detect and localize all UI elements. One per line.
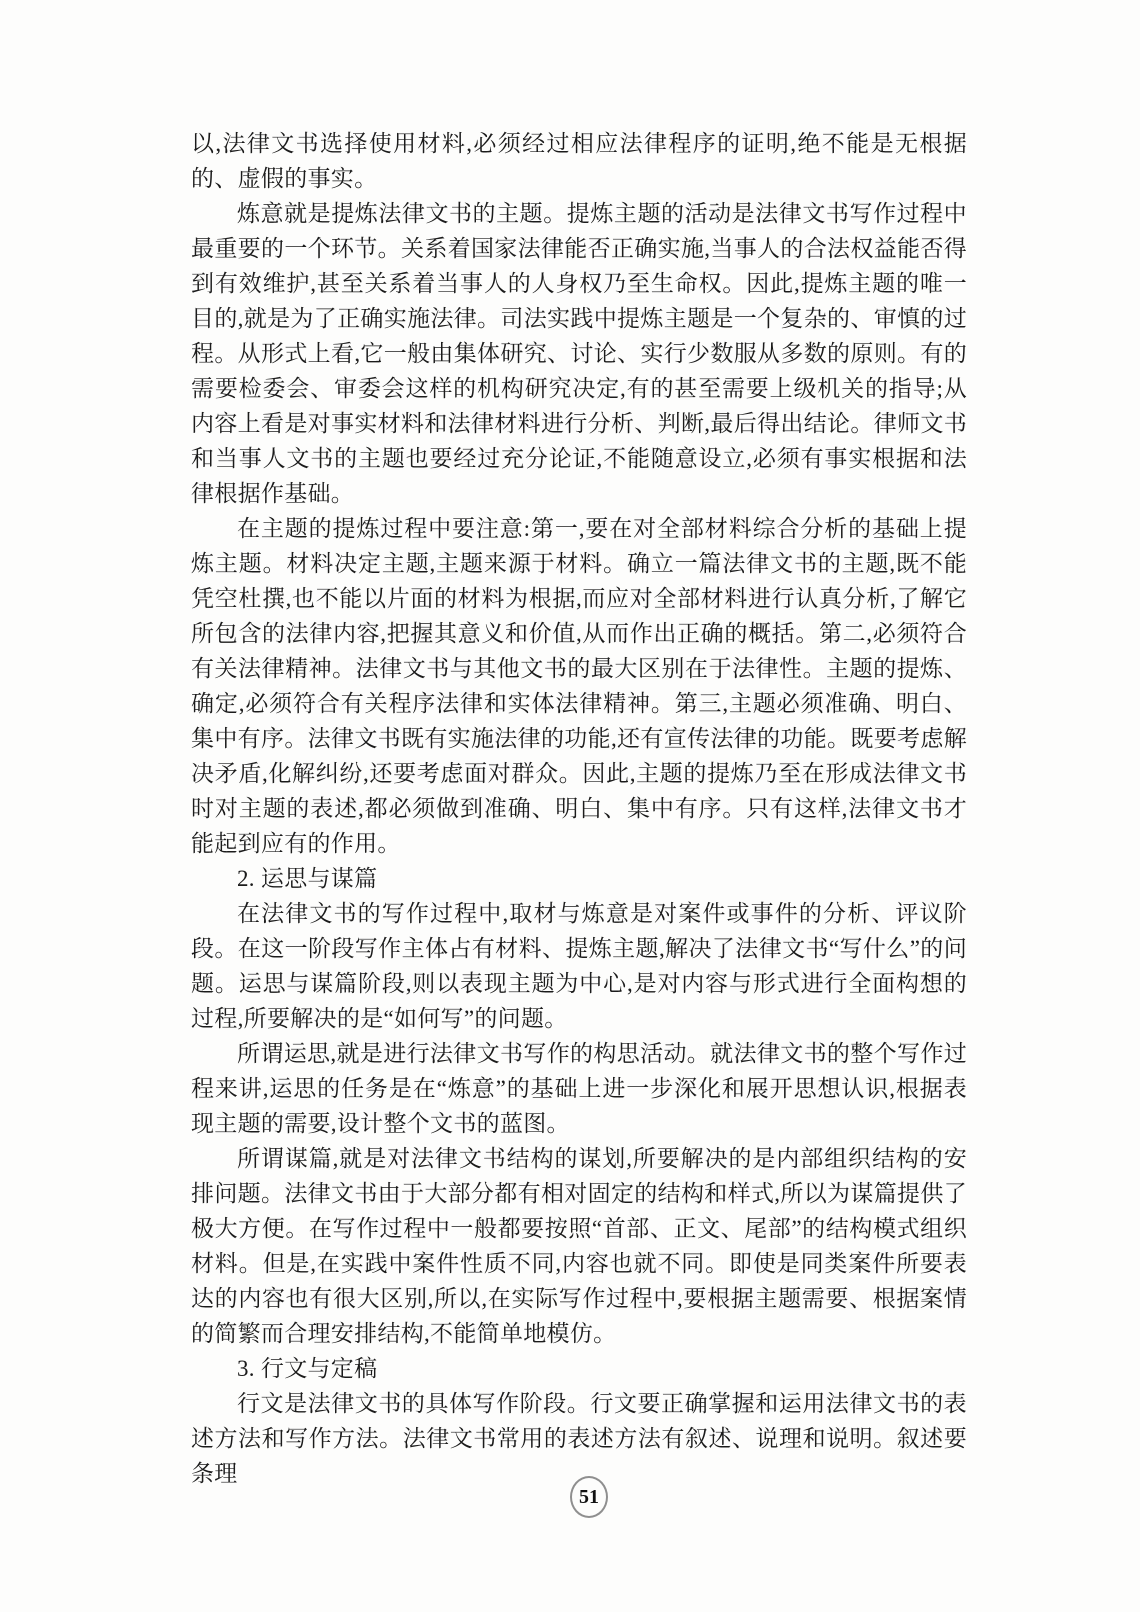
book-page: 以,法律文书选择使用材料,必须经过相应法律程序的证明,绝不能是无根据的、虚假的事…	[0, 0, 1140, 1612]
body-paragraph: 炼意就是提炼法律文书的主题。提炼主题的活动是法律文书写作过程中最重要的一个环节。…	[191, 196, 967, 511]
text-column: 以,法律文书选择使用材料,必须经过相应法律程序的证明,绝不能是无根据的、虚假的事…	[191, 126, 967, 1491]
body-paragraph: 所谓谋篇,就是对法律文书结构的谋划,所要解决的是内部组织结构的安排问题。法律文书…	[191, 1141, 967, 1351]
body-paragraph-continuation: 以,法律文书选择使用材料,必须经过相应法律程序的证明,绝不能是无根据的、虚假的事…	[191, 126, 967, 196]
body-paragraph-incomplete: 行文是法律文书的具体写作阶段。行文要正确掌握和运用法律文书的表述方法和写作方法。…	[191, 1386, 967, 1491]
page-number: 51	[579, 1486, 599, 1509]
section-heading-3: 3. 行文与定稿	[191, 1351, 967, 1386]
section-heading-2: 2. 运思与谋篇	[191, 861, 967, 896]
body-paragraph: 在主题的提炼过程中要注意:第一,要在对全部材料综合分析的基础上提炼主题。材料决定…	[191, 511, 967, 861]
body-paragraph: 所谓运思,就是进行法律文书写作的构思活动。就法律文书的整个写作过程来讲,运思的任…	[191, 1036, 967, 1141]
body-paragraph: 在法律文书的写作过程中,取材与炼意是对案件或事件的分析、评议阶段。在这一阶段写作…	[191, 896, 967, 1036]
page-number-badge: 51	[570, 1476, 608, 1518]
